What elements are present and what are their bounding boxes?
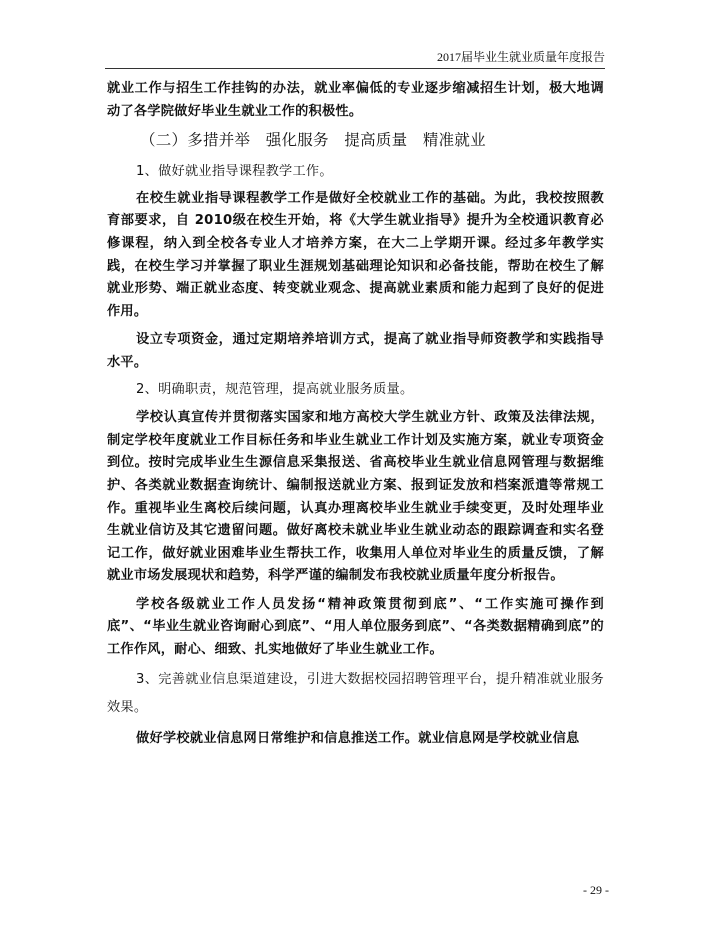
running-header: 2017届毕业生就业质量年度报告 <box>105 48 605 69</box>
document-body: 就业工作与招生工作挂钩的办法，就业率偏低的专业逐步缩减招生计划，极大地调动了各学… <box>107 78 604 750</box>
paragraph-special-funds: 设立专项资金，通过定期培养培训方式，提高了就业指导师资教学和实践指导水平。 <box>107 329 604 374</box>
paragraph-course-teaching: 在校生就业指导课程教学工作是做好全校就业工作的基础。为此，我校按照教育部要求，自… <box>107 188 604 324</box>
paragraph-management: 学校认真宣传并贯彻落实国家和地方高校大学生就业方针、政策及法律法规，制定学校年度… <box>107 407 604 588</box>
section-heading: （二）多措并举 强化服务 提高质量 精准就业 <box>107 127 604 153</box>
subheading-3: 3、完善就业信息渠道建设，引进大数据校园招聘管理平台，提升精准就业服务效果。 <box>107 666 604 722</box>
subheading-1: 1、做好就业指导课程教学工作。 <box>107 161 604 184</box>
page-number: - 29 - <box>583 883 609 898</box>
paragraph-work-style: 学校各级就业工作人员发扬“精神政策贯彻到底”、“工作实施可操作到底”、“毕业生就… <box>107 594 604 662</box>
paragraph-continuation: 就业工作与招生工作挂钩的办法，就业率偏低的专业逐步缩减招生计划，极大地调动了各学… <box>107 78 604 123</box>
paragraph-info-network: 做好学校就业信息网日常维护和信息推送工作。就业信息网是学校就业信息 <box>107 728 604 751</box>
subheading-2: 2、明确职责，规范管理，提高就业服务质量。 <box>107 379 604 402</box>
header-title: 2017届毕业生就业质量年度报告 <box>437 50 605 64</box>
